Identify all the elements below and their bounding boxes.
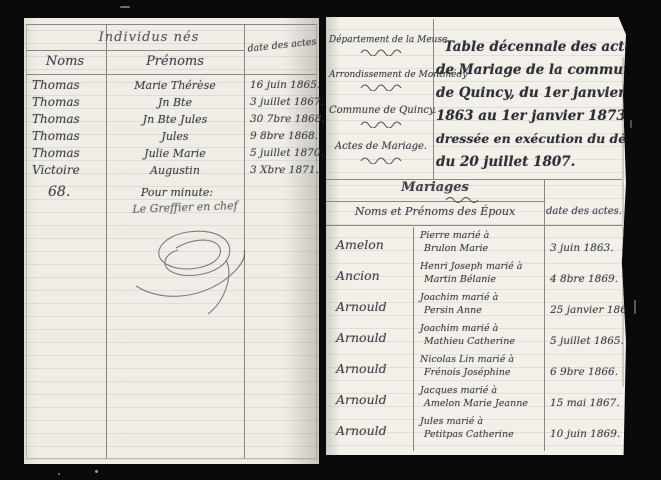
act-date: 16 juin 1865. [250, 79, 319, 91]
table-border [26, 50, 244, 51]
left-page: Individus nés Noms Prénoms date des acte… [24, 18, 319, 464]
table-row: Arnould Joachim marié à Persin Anne 25 j… [326, 291, 624, 322]
act-date: 10 juin 1869. [550, 428, 624, 440]
document-scan: Individus nés Noms Prénoms date des acte… [0, 0, 661, 480]
surname: Arnould [336, 330, 412, 345]
acts-label: Actes de Mariage. [329, 141, 433, 152]
right-page: Département de la Meuse. Arrondissement … [326, 17, 626, 455]
minute-note: Pour minute: [122, 186, 232, 199]
scan-speck [95, 470, 98, 473]
table-row: Thomas Julie Marie 5 juillet 1870. [24, 146, 319, 163]
given-name: Marie Thérèse [106, 79, 244, 92]
table-row: Arnould Jules marié à Petitpas Catherine… [326, 415, 624, 446]
given-name: Augustin [106, 164, 244, 177]
spouse-line1: Joachim marié à [420, 292, 544, 303]
given-name: Jn Bte Jules [106, 113, 244, 126]
act-date: 25 janvier 1864. [550, 304, 624, 316]
spouse-line1: Pierre marié à [420, 230, 544, 241]
surname: Arnould [336, 361, 412, 376]
spouse-line2: Persin Anne [424, 305, 544, 316]
given-name: Jules [106, 130, 244, 143]
act-date: 3 juin 1863. [550, 242, 624, 254]
surname: Thomas [32, 112, 106, 126]
given-name: Julie Marie [106, 147, 244, 160]
table-row: Arnould Nicolas Lin marié à Frénois José… [326, 353, 624, 384]
column-header-prenoms: Prénoms [106, 54, 244, 69]
act-count: 68. [48, 184, 70, 200]
act-date: 5 juillet 1870. [250, 147, 319, 159]
spouse-line1: Joachim marié à [420, 323, 544, 334]
table-border [26, 458, 317, 459]
table-row: Thomas Marie Thérèse 16 juin 1865. [24, 78, 319, 95]
table-row: Arnould Joachim marié à Mathieu Catherin… [326, 322, 624, 353]
spouse-line2: Martin Bélanie [424, 274, 544, 285]
spouse-line1: Nicolas Lin marié à [420, 354, 544, 365]
title-line: de Quincy, du 1er janvier [436, 85, 624, 101]
table-border [26, 24, 317, 25]
spouse-line1: Jacques marié à [420, 385, 544, 396]
flourish [359, 83, 405, 91]
column-header-noms: Noms [24, 54, 106, 69]
column-header-date: date des actes [246, 36, 319, 54]
spouse-line1: Jules marié à [420, 416, 544, 427]
act-date: 4 8bre 1869. [550, 273, 624, 285]
table-row: Amelon Pierre marié à Brulon Marie 3 jui… [326, 229, 624, 260]
section-title: Mariages [326, 180, 544, 195]
surname: Arnould [336, 299, 412, 314]
scan-speck [120, 6, 130, 8]
surname: Thomas [32, 146, 106, 160]
department-label: Département de la Meuse. [329, 35, 433, 45]
table-row: Thomas Jn Bte 3 juillet 1867. [24, 95, 319, 112]
table-row: Ancion Henri Joseph marié à Martin Bélan… [326, 260, 624, 291]
flourish [359, 48, 405, 56]
surname: Thomas [32, 95, 106, 109]
arrondissement-label: Arrondissement de Montmédy [329, 70, 433, 80]
flourish [359, 120, 405, 128]
table-row: Arnould Jacques marié à Amelon Marie Jea… [326, 384, 624, 415]
column-header-epoux: Noms et Prénoms des Époux [326, 205, 544, 218]
given-name: Jn Bte [106, 96, 244, 109]
act-date: 3 juillet 1867. [250, 96, 319, 108]
title-line: du 20 juillet 1807. [436, 154, 624, 170]
title-line: Table décennale des actes [444, 39, 632, 55]
left-group-header: Individus nés [54, 30, 244, 45]
surname: Victoire [32, 163, 106, 177]
spouse-line2: Mathieu Catherine [424, 336, 544, 347]
surname: Thomas [32, 129, 106, 143]
act-date: 9 8bre 1868. [250, 130, 319, 142]
spouse-line2: Frénois Joséphine [424, 367, 544, 378]
act-date: 3 Xbre 1871. [250, 164, 319, 176]
surname: Thomas [32, 78, 106, 92]
flourish [359, 156, 405, 164]
title-line: dressée en exécution du décret [436, 131, 624, 146]
title-line: de Mariage de la commune [436, 62, 624, 78]
table-row: Thomas Jules 9 8bre 1868. [24, 129, 319, 146]
flourish [444, 196, 484, 203]
table-border [326, 201, 544, 202]
act-date: 30 7bre 1868. [250, 113, 319, 125]
act-date: 6 9bre 1866. [550, 366, 624, 378]
act-date: 5 juillet 1865. [550, 335, 624, 347]
table-border [26, 74, 317, 75]
scan-speck [634, 300, 636, 314]
spouse-line1: Henri Joseph marié à [420, 261, 544, 272]
surname: Arnould [336, 392, 412, 407]
act-date: 15 mai 1867. [550, 397, 624, 409]
table-border [326, 225, 622, 226]
scan-speck [630, 120, 632, 128]
scan-speck [58, 473, 60, 475]
spouse-line2: Petitpas Catherine [424, 429, 544, 440]
signature-flourish [116, 210, 266, 320]
surname: Arnould [336, 423, 412, 438]
column-header-date: date des actes. [544, 206, 624, 217]
table-row: Thomas Jn Bte Jules 30 7bre 1868. [24, 112, 319, 129]
spouse-line2: Amelon Marie Jeanne [424, 398, 544, 409]
surname: Amelon [336, 237, 412, 252]
surname: Ancion [336, 268, 412, 283]
commune-label: Commune de Quincy. [329, 105, 433, 116]
spouse-line2: Brulon Marie [424, 243, 544, 254]
title-line: 1863 au 1er janvier 1873. — [436, 108, 624, 124]
table-row: Victoire Augustin 3 Xbre 1871. [24, 163, 319, 180]
